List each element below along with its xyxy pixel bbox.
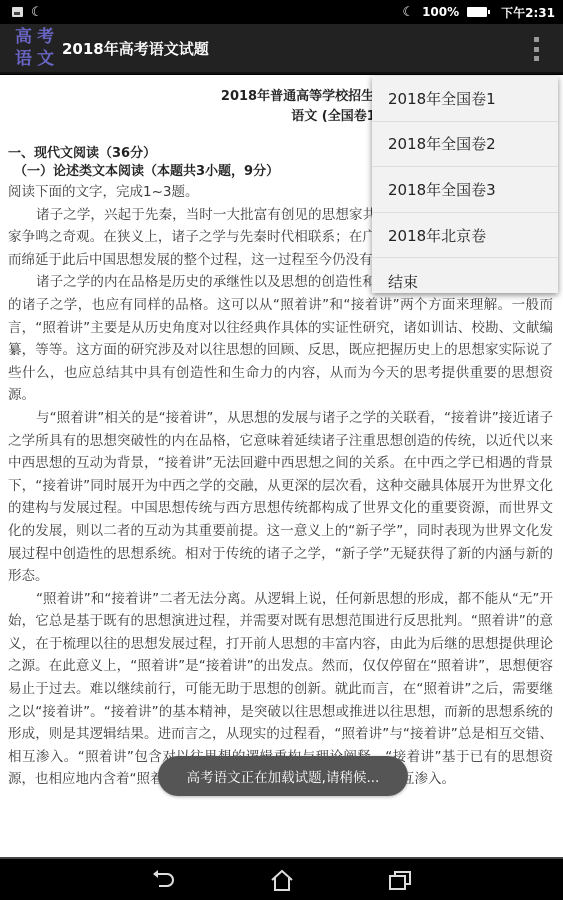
status-right: ☾ 100% 下午2:31 xyxy=(402,4,555,21)
image-notification-icon xyxy=(12,7,23,17)
battery-full-icon xyxy=(467,7,487,17)
back-button[interactable] xyxy=(146,862,182,898)
logo-char: 文 xyxy=(34,48,56,70)
home-icon xyxy=(269,868,295,892)
menu-item-exit[interactable]: 结束 xyxy=(372,258,558,304)
app-logo: 高 考 语 文 xyxy=(12,26,56,70)
moon-icon: ☾ xyxy=(31,6,43,19)
dnd-moon-icon: ☾ xyxy=(402,6,414,19)
status-left: ☾ xyxy=(12,6,43,19)
back-icon xyxy=(151,868,177,892)
recents-icon xyxy=(387,868,413,892)
status-bar: ☾ ☾ 100% 下午2:31 xyxy=(0,0,563,24)
clock: 下午2:31 xyxy=(501,4,555,21)
menu-item-2018-beijing[interactable]: 2018年北京卷 xyxy=(372,213,558,259)
battery-percent: 100% xyxy=(422,5,459,19)
more-vertical-icon[interactable] xyxy=(531,37,541,61)
logo-char: 语 xyxy=(12,48,34,70)
recents-button[interactable] xyxy=(382,862,418,898)
navigation-bar xyxy=(0,857,563,900)
home-button[interactable] xyxy=(264,862,300,898)
menu-item-2018-national-1[interactable]: 2018年全国卷1 xyxy=(372,76,558,122)
menu-item-2018-national-3[interactable]: 2018年全国卷3 xyxy=(372,167,558,213)
paragraph: 与“照着讲”相关的是“接着讲”，从思想的发展与诸子之学的关联看，“接着讲”接近诸… xyxy=(0,407,563,588)
logo-char: 考 xyxy=(34,26,56,48)
overflow-menu: 2018年全国卷1 2018年全国卷2 2018年全国卷3 2018年北京卷 结… xyxy=(372,76,558,293)
menu-item-2018-national-2[interactable]: 2018年全国卷2 xyxy=(372,122,558,168)
loading-toast: 高考语文正在加载试题,请稍候... xyxy=(158,756,408,796)
logo-char: 高 xyxy=(12,26,34,48)
action-bar: 高 考 语 文 2018年高考语文试题 xyxy=(0,24,563,74)
app-title: 2018年高考语文试题 xyxy=(62,38,209,59)
